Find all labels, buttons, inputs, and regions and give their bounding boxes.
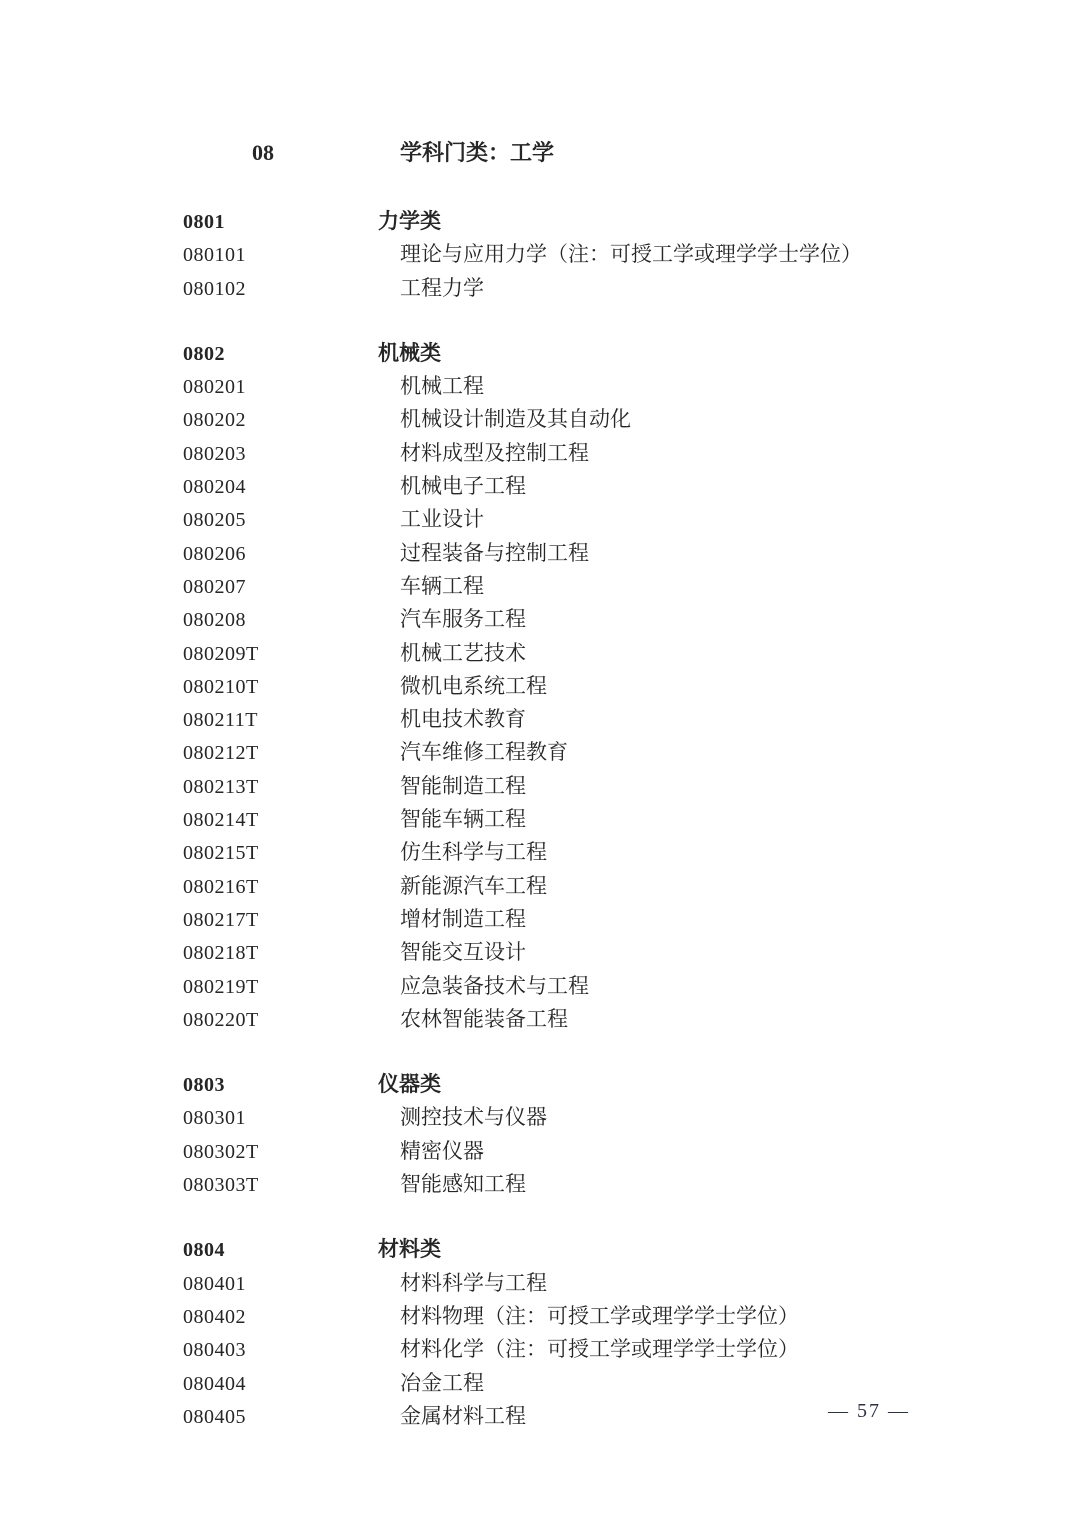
major-row: 080302T精密仪器 bbox=[0, 1135, 1080, 1168]
section-code: 0804 bbox=[183, 1234, 378, 1266]
category-header: 08学科门类：工学 bbox=[0, 0, 1080, 169]
major-row: 080205工业设计 bbox=[0, 503, 1080, 536]
major-row: 080212T汽车维修工程教育 bbox=[0, 736, 1080, 769]
item-code: 080209T bbox=[183, 638, 400, 670]
item-name: 智能感知工程 bbox=[400, 1172, 526, 1196]
item-code: 080210T bbox=[183, 671, 400, 703]
item-code: 080203 bbox=[183, 438, 400, 470]
item-code: 080302T bbox=[183, 1136, 400, 1168]
item-name: 智能车辆工程 bbox=[400, 807, 526, 831]
item-code: 080213T bbox=[183, 771, 400, 803]
major-row: 080301测控技术与仪器 bbox=[0, 1101, 1080, 1134]
item-name: 材料物理（注：可授工学或理学学士学位） bbox=[400, 1304, 799, 1328]
page-number: — 57 — bbox=[828, 1400, 910, 1423]
section-header-row: 0803仪器类 bbox=[0, 1068, 1080, 1101]
major-row: 080217T增材制造工程 bbox=[0, 903, 1080, 936]
discipline-section: 0802机械类 080201机械工程 080202机械设计制造及其自动化 080… bbox=[0, 337, 1080, 1036]
item-code: 080404 bbox=[183, 1368, 400, 1400]
major-row: 080214T智能车辆工程 bbox=[0, 803, 1080, 836]
major-row: 080204机械电子工程 bbox=[0, 470, 1080, 503]
item-code: 080206 bbox=[183, 538, 400, 570]
item-name: 测控技术与仪器 bbox=[400, 1105, 547, 1129]
item-name: 金属材料工程 bbox=[400, 1404, 526, 1428]
discipline-section: 0803仪器类 080301测控技术与仪器 080302T精密仪器 080303… bbox=[0, 1068, 1080, 1201]
item-name: 车辆工程 bbox=[400, 574, 484, 598]
section-header-row: 0804材料类 bbox=[0, 1233, 1080, 1266]
item-name: 工程力学 bbox=[400, 276, 484, 300]
item-code: 080215T bbox=[183, 837, 400, 869]
item-name: 仿生科学与工程 bbox=[400, 840, 547, 864]
item-code: 080214T bbox=[183, 804, 400, 836]
category-code: 08 bbox=[252, 136, 400, 169]
item-code: 080217T bbox=[183, 904, 400, 936]
major-row: 080209T机械工艺技术 bbox=[0, 637, 1080, 670]
item-name: 机械工艺技术 bbox=[400, 641, 526, 665]
item-name: 应急装备技术与工程 bbox=[400, 974, 589, 998]
item-name: 工业设计 bbox=[400, 507, 484, 531]
item-name: 精密仪器 bbox=[400, 1139, 484, 1163]
item-code: 080204 bbox=[183, 471, 400, 503]
item-code: 080218T bbox=[183, 937, 400, 969]
major-row: 080404冶金工程 bbox=[0, 1367, 1080, 1400]
section-name: 机械类 bbox=[378, 341, 441, 365]
item-name: 微机电系统工程 bbox=[400, 674, 547, 698]
item-name: 智能交互设计 bbox=[400, 940, 526, 964]
major-row: 080201机械工程 bbox=[0, 370, 1080, 403]
item-name: 材料化学（注：可授工学或理学学士学位） bbox=[400, 1337, 799, 1361]
section-header-row: 0801力学类 bbox=[0, 205, 1080, 238]
item-code: 080303T bbox=[183, 1169, 400, 1201]
section-name: 材料类 bbox=[378, 1237, 441, 1261]
major-row: 080216T新能源汽车工程 bbox=[0, 870, 1080, 903]
item-code: 080402 bbox=[183, 1301, 400, 1333]
item-name: 过程装备与控制工程 bbox=[400, 541, 589, 565]
item-code: 080403 bbox=[183, 1334, 400, 1366]
major-row: 080215T仿生科学与工程 bbox=[0, 836, 1080, 869]
item-name: 汽车维修工程教育 bbox=[400, 740, 568, 764]
major-row: 080402材料物理（注：可授工学或理学学士学位） bbox=[0, 1300, 1080, 1333]
item-code: 080207 bbox=[183, 571, 400, 603]
item-code: 080101 bbox=[183, 239, 400, 271]
item-code: 080301 bbox=[183, 1102, 400, 1134]
item-name: 汽车服务工程 bbox=[400, 607, 526, 631]
major-row: 080401材料科学与工程 bbox=[0, 1267, 1080, 1300]
section-header-row: 0802机械类 bbox=[0, 337, 1080, 370]
major-row: 080102工程力学 bbox=[0, 272, 1080, 305]
major-row: 080207车辆工程 bbox=[0, 570, 1080, 603]
item-code: 080220T bbox=[183, 1004, 400, 1036]
major-row: 080203材料成型及控制工程 bbox=[0, 437, 1080, 470]
item-name: 智能制造工程 bbox=[400, 774, 526, 798]
item-code: 080208 bbox=[183, 604, 400, 636]
item-code: 080401 bbox=[183, 1268, 400, 1300]
item-name: 冶金工程 bbox=[400, 1371, 484, 1395]
section-name: 力学类 bbox=[378, 209, 441, 233]
item-name: 机械工程 bbox=[400, 374, 484, 398]
item-name: 新能源汽车工程 bbox=[400, 874, 547, 898]
major-row: 080210T微机电系统工程 bbox=[0, 670, 1080, 703]
item-name: 增材制造工程 bbox=[400, 907, 526, 931]
item-name: 机械设计制造及其自动化 bbox=[400, 407, 631, 431]
category-title: 学科门类：工学 bbox=[400, 140, 554, 165]
item-code: 080211T bbox=[183, 704, 400, 736]
section-code: 0801 bbox=[183, 206, 378, 238]
discipline-section: 0804材料类 080401材料科学与工程 080402材料物理（注：可授工学或… bbox=[0, 1233, 1080, 1433]
item-name: 农林智能装备工程 bbox=[400, 1007, 568, 1031]
item-name: 机电技术教育 bbox=[400, 707, 526, 731]
item-code: 080216T bbox=[183, 871, 400, 903]
item-code: 080212T bbox=[183, 737, 400, 769]
major-row: 080208汽车服务工程 bbox=[0, 603, 1080, 636]
document-page: 08学科门类：工学 0801力学类 080101理论与应用力学（注：可授工学或理… bbox=[0, 0, 1080, 1528]
major-row: 080405金属材料工程 bbox=[0, 1400, 1080, 1433]
major-row: 080202机械设计制造及其自动化 bbox=[0, 403, 1080, 436]
item-name: 理论与应用力学（注：可授工学或理学学士学位） bbox=[400, 242, 862, 266]
item-code: 080102 bbox=[183, 273, 400, 305]
major-row: 080220T农林智能装备工程 bbox=[0, 1003, 1080, 1036]
item-name: 机械电子工程 bbox=[400, 474, 526, 498]
major-row: 080219T应急装备技术与工程 bbox=[0, 970, 1080, 1003]
item-code: 080405 bbox=[183, 1401, 400, 1433]
item-code: 080205 bbox=[183, 504, 400, 536]
major-row: 080101理论与应用力学（注：可授工学或理学学士学位） bbox=[0, 238, 1080, 271]
item-name: 材料成型及控制工程 bbox=[400, 441, 589, 465]
major-row: 080213T智能制造工程 bbox=[0, 770, 1080, 803]
item-code: 080202 bbox=[183, 404, 400, 436]
section-name: 仪器类 bbox=[378, 1072, 441, 1096]
section-code: 0803 bbox=[183, 1069, 378, 1101]
item-code: 080201 bbox=[183, 371, 400, 403]
item-name: 材料科学与工程 bbox=[400, 1271, 547, 1295]
major-row: 080211T机电技术教育 bbox=[0, 703, 1080, 736]
section-code: 0802 bbox=[183, 338, 378, 370]
discipline-section: 0801力学类 080101理论与应用力学（注：可授工学或理学学士学位） 080… bbox=[0, 205, 1080, 305]
major-row: 080206过程装备与控制工程 bbox=[0, 537, 1080, 570]
major-row: 080303T智能感知工程 bbox=[0, 1168, 1080, 1201]
sections-container: 0801力学类 080101理论与应用力学（注：可授工学或理学学士学位） 080… bbox=[0, 205, 1080, 1433]
item-code: 080219T bbox=[183, 971, 400, 1003]
major-row: 080403材料化学（注：可授工学或理学学士学位） bbox=[0, 1333, 1080, 1366]
major-row: 080218T智能交互设计 bbox=[0, 936, 1080, 969]
